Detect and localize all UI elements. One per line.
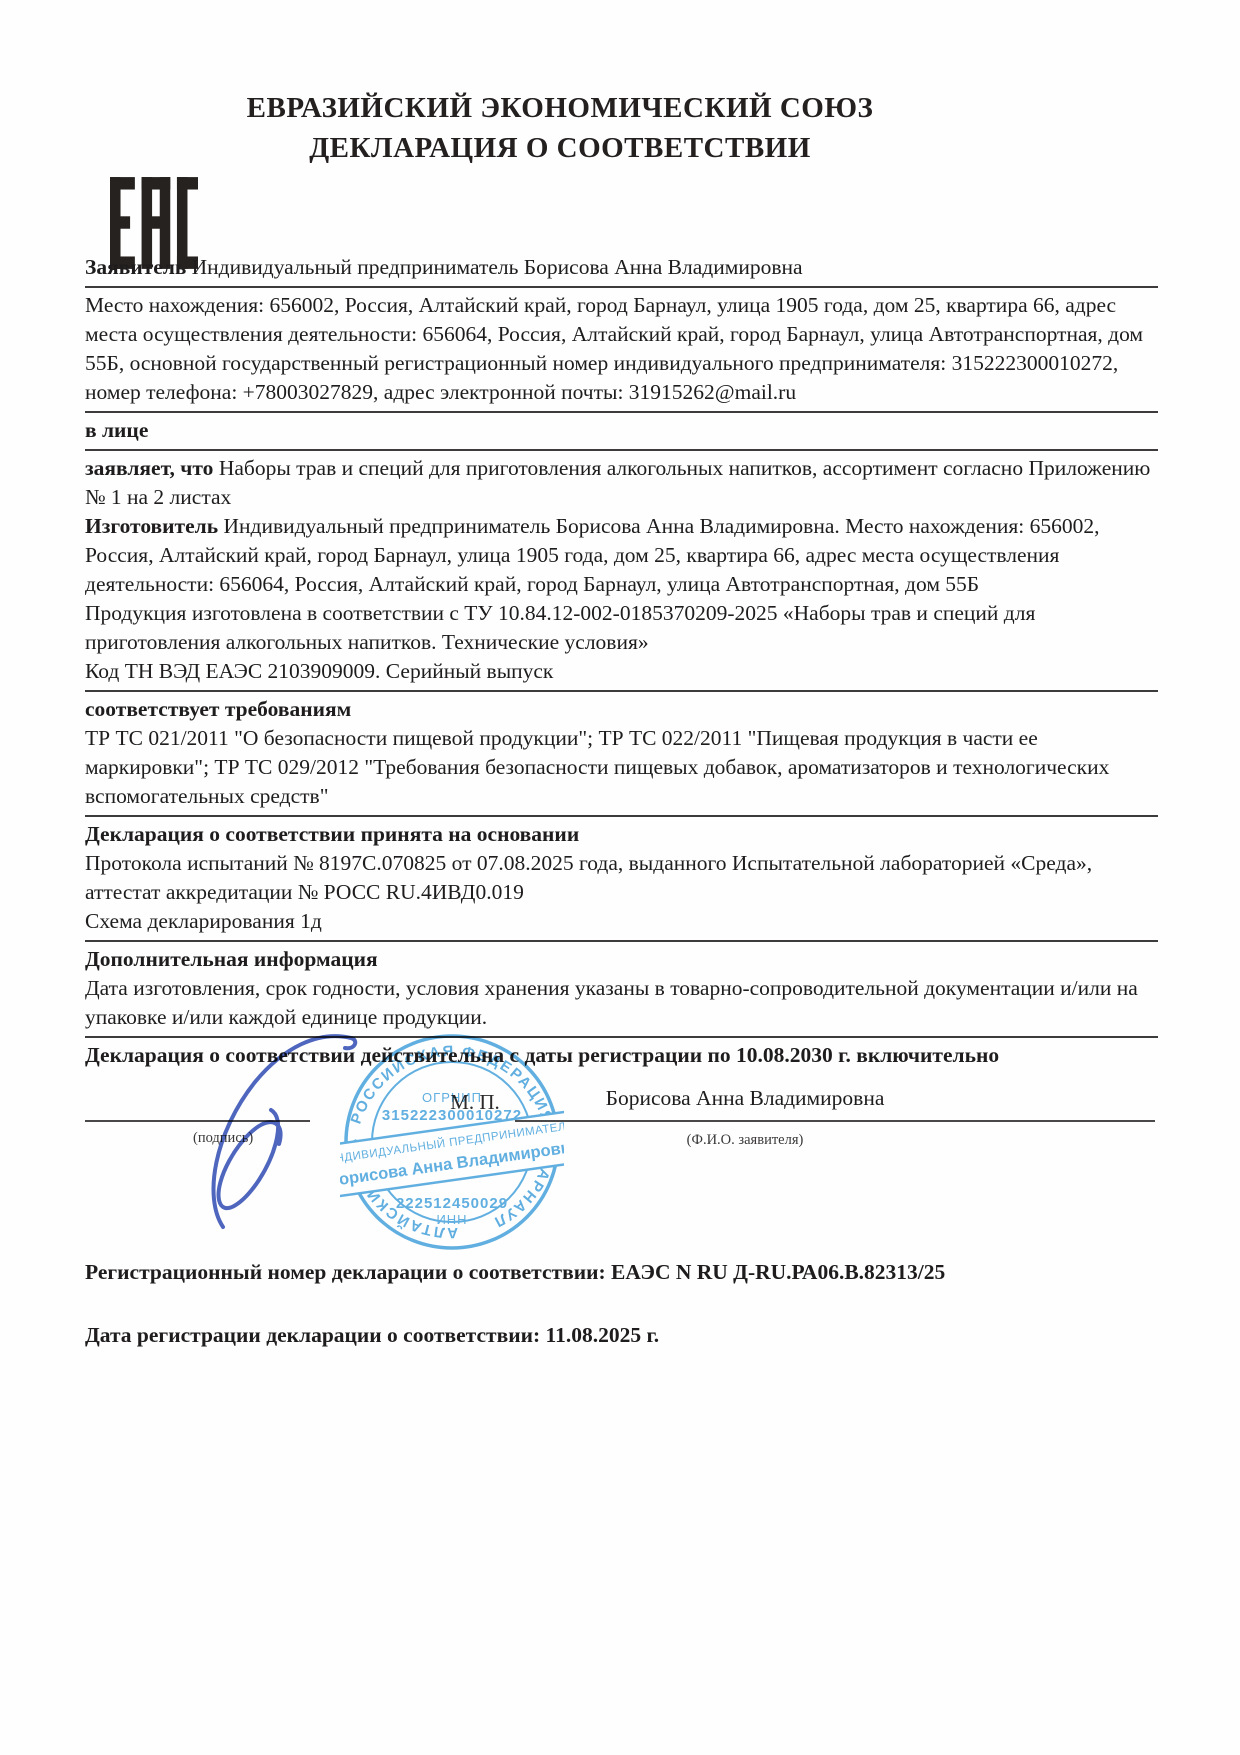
- additional-info-label: Дополнительная информация: [85, 945, 1158, 974]
- applicant-fio: Борисова Анна Владимировна: [585, 1084, 905, 1113]
- location-section: Место нахождения: 656002, Россия, Алтайс…: [85, 288, 1158, 413]
- declares-label: заявляет, что: [85, 456, 213, 480]
- declares-text: Наборы трав и специй для приготовления а…: [85, 456, 1150, 509]
- basis-section: Декларация о соответствии принята на осн…: [85, 817, 1158, 942]
- declaration-section: заявляет, что Наборы трав и специй для п…: [85, 451, 1158, 692]
- basis-scheme-text: Схема декларирования 1д: [85, 907, 1158, 936]
- registration-block: Регистрационный номер декларации о соотв…: [85, 1258, 1158, 1350]
- stamp-inn-label: ИНН: [436, 1212, 467, 1227]
- manufacturer-text: Индивидуальный предприниматель Борисова …: [85, 514, 1099, 596]
- registration-number-line: Регистрационный номер декларации о соотв…: [85, 1258, 1158, 1287]
- tnved-code-text: Код ТН ВЭД ЕАЭС 2103909009. Серийный вып…: [85, 657, 1158, 686]
- round-stamp: РОССИЙСКАЯ ФЕДЕРАЦИЯ БАРНАУЛ АЛТАЙСКИЙ К…: [340, 1030, 564, 1254]
- compliance-text: ТР ТС 021/2011 "О безопасности пищевой п…: [85, 724, 1158, 811]
- title-line-2: ДЕКЛАРАЦИЯ О СООТВЕТСТВИИ: [85, 128, 1035, 168]
- applicant-label: Заявитель: [85, 255, 186, 279]
- applicant-section: Заявитель Индивидуальный предприниматель…: [85, 250, 1158, 288]
- stamp-ogrnip-label: ОГРНИП: [422, 1090, 482, 1105]
- fio-caption: (Ф.И.О. заявителя): [605, 1126, 885, 1155]
- basis-label: Декларация о соответствии принята на осн…: [85, 820, 1158, 849]
- compliance-label: соответствует требованиям: [85, 695, 1158, 724]
- compliance-section: соответствует требованиям ТР ТС 021/2011…: [85, 692, 1158, 817]
- title-line-1: ЕВРАЗИЙСКИЙ ЭКОНОМИЧЕСКИЙ СОЮЗ: [85, 88, 1035, 128]
- basis-protocol-text: Протокола испытаний № 8197С.070825 от 07…: [85, 849, 1158, 907]
- document-body: Заявитель Индивидуальный предприниматель…: [85, 250, 1158, 1350]
- applicant-text: Индивидуальный предприниматель Борисова …: [192, 255, 803, 279]
- production-text: Продукция изготовлена в соответствии с Т…: [85, 599, 1158, 657]
- stamp-inn-value: 222512450029: [396, 1195, 508, 1212]
- fio-line: [515, 1120, 1155, 1122]
- manufacturer-label: Изготовитель: [85, 514, 218, 538]
- location-text: Место нахождения: 656002, Россия, Алтайс…: [85, 291, 1158, 407]
- declaration-document: ЕВРАЗИЙСКИЙ ЭКОНОМИЧЕСКИЙ СОЮЗ ДЕКЛАРАЦИ…: [0, 0, 1240, 1755]
- in-person-section: в лице: [85, 413, 1158, 451]
- registration-date-line: Дата регистрации декларации о соответств…: [85, 1321, 1158, 1350]
- signature-area: М. П. (подпись) Борисова Анна Владимиров…: [85, 1074, 1158, 1246]
- document-title: ЕВРАЗИЙСКИЙ ЭКОНОМИЧЕСКИЙ СОЮЗ ДЕКЛАРАЦИ…: [85, 88, 1035, 168]
- in-person-label: в лице: [85, 416, 1158, 445]
